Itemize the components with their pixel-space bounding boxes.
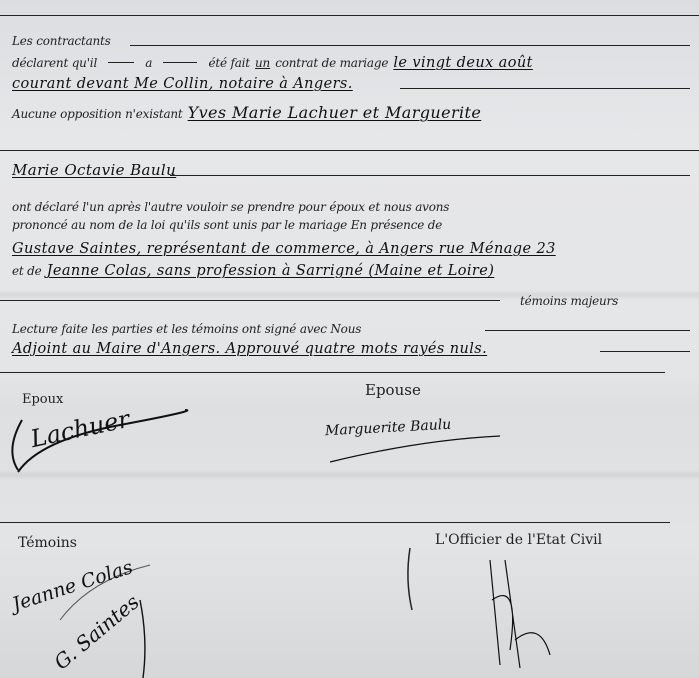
rule bbox=[0, 522, 670, 523]
temoins-label: Témoins bbox=[18, 535, 77, 551]
epouse-label: Epouse bbox=[365, 381, 421, 399]
officier-label: L'Officier de l'Etat Civil bbox=[435, 532, 602, 548]
